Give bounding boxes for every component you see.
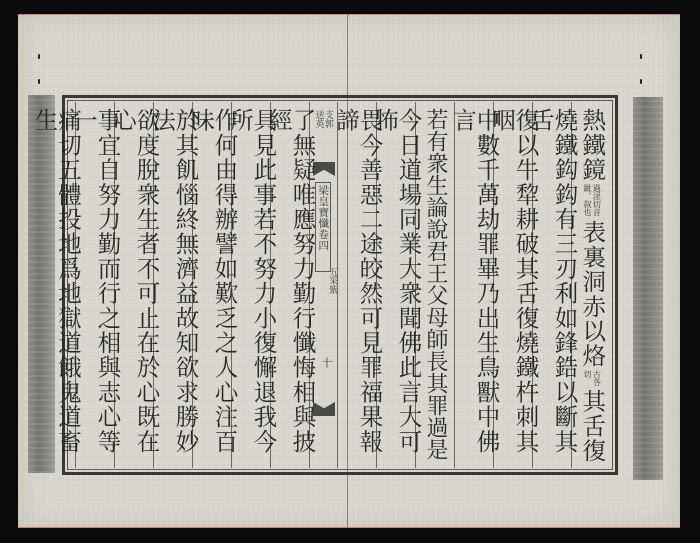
column-text: 畏今善惡二途皎然可見罪福果報諦	[334, 108, 381, 468]
text-column-7: 畏今善惡二途皎然可見罪福果報諦	[337, 102, 376, 468]
text-frame: 熱鐵鏡 過淫切音 跐、叙也 表裏洞赤以烙 古各 切 其舌復 燒鐵鈎鈎有三刃利如鋒…	[62, 95, 618, 475]
column-text: 熱鐵鏡	[580, 108, 604, 182]
note-left: 切	[583, 370, 591, 386]
corner-note-line: 支郭	[322, 110, 331, 128]
interlinear-note: 古各 切	[583, 370, 601, 386]
binding-hole	[38, 54, 40, 59]
paper-top-edge	[18, 14, 680, 15]
right-margin-ink-strip	[633, 97, 663, 480]
paper-bottom-edge	[18, 527, 680, 528]
note-left: 跐、叙也	[583, 184, 591, 216]
column-text: 若有衆生論說君王父母師長其罪過是	[424, 108, 446, 460]
note-right: 古各	[592, 370, 600, 386]
page-number: 十	[318, 357, 334, 368]
text-column-14: 痛切五體投地爲地獄道餓鬼道畜生	[36, 102, 75, 468]
column-text: 痛切五體投地爲地獄道餓鬼道畜生	[32, 108, 79, 468]
column-text: 表裏洞赤以烙	[580, 220, 604, 368]
text-column-4: 中數千萬劫罪畢乃出生鳥獸中佛言	[454, 102, 493, 468]
center-title-box: 梁皇寶懺卷四	[315, 182, 331, 272]
binding-hole	[38, 79, 40, 84]
binding-hole	[640, 54, 642, 59]
binding-hole	[640, 79, 642, 84]
column-text: 其舌復	[580, 389, 604, 463]
column-text: 中數千萬劫罪畢乃出生鳥獸中佛言	[451, 108, 498, 468]
paper-page: 熱鐵鏡 過淫切音 跐、叙也 表裏洞赤以烙 古各 切 其舌復 燒鐵鈎鈎有三刃利如鋒…	[18, 14, 680, 528]
center-subtitle: 五采紫	[326, 267, 339, 294]
note-right: 過淫切音	[592, 184, 600, 216]
interlinear-note: 過淫切音 跐、叙也	[583, 184, 601, 216]
center-title: 梁皇寶懺卷四	[318, 185, 329, 271]
